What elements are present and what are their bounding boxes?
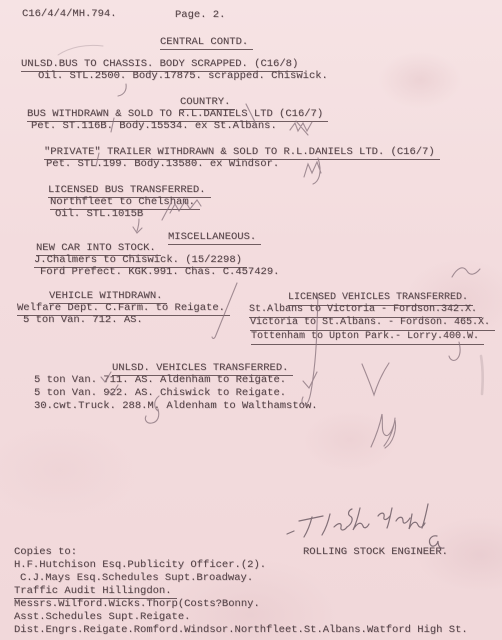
page-number: Page. 2.	[175, 9, 225, 21]
unlsd-bus-detail: Oil. STL.2500. Body.17875. scrapped. Chi…	[38, 70, 328, 82]
bus-withdrawn-detail: Pet. ST.116B. Body.15534. ex St.Albans.	[31, 120, 277, 132]
pencil-loop-scribble-icon	[371, 414, 396, 448]
pencil-scribble-windsor-icon	[304, 158, 321, 184]
unlsd-vehicles-row: 5 ton Van. 922. AS. Chiswick to Reigate.	[34, 387, 286, 399]
vehicle-withdrawn-detail: 5 ton Van. 712. AS.	[23, 314, 143, 326]
pencil-corner-curl-icon	[452, 268, 480, 277]
licensed-vehicles-row: Victoria to St.Albans. - Fordson. 465.X.	[250, 317, 495, 331]
copies-row: C.J.Mays Esq.Schedules Supt.Broadway.	[20, 572, 253, 584]
doc-reference: C16/4/4/MH.794.	[22, 8, 117, 20]
licensed-bus-detail: Oil. STL.1015B	[55, 208, 143, 220]
memo-page: C16/4/4/MH.794. Page. 2. CENTRAL CONTD. …	[0, 0, 502, 640]
section-central-heading: CENTRAL CONTD.	[160, 36, 253, 50]
section-misc-heading: MISCELLANEOUS.	[168, 231, 261, 245]
pencil-faint-curve-icon	[58, 45, 103, 55]
copies-row: Dist.Engrs.Reigate.Romford.Windsor.North…	[14, 624, 468, 636]
copies-row: Asst.Schedules Supt.Reigate.	[14, 611, 190, 623]
pencil-smudge-icon	[481, 356, 483, 394]
signature-title: ROLLING STOCK ENGINEER.	[303, 546, 448, 558]
pencil-scribble-stalbans-icon	[290, 121, 312, 135]
unlsd-vehicles-row: 5 ton Van. 711. AS. Aldenham to Reigate.	[34, 374, 286, 386]
copies-row: Messrs.Wilford.Wicks.Thorp(Costs?Bonny.	[14, 598, 260, 610]
copies-row: H.F.Hutchison Esq.Publicity Officer.(2).	[14, 559, 266, 571]
pencil-arrow-down-icon	[133, 219, 142, 233]
licensed-vehicles-row: St.Albans to Victoria - Fordson.342.X.	[249, 304, 482, 318]
pencil-vee-check-icon	[362, 363, 389, 395]
unlsd-vehicles-row: 30.cwt.Truck. 288.M. Aldenham to Waltham…	[34, 400, 318, 412]
private-trailer-detail: Pet. STL.199. Body.13580. ex Windsor.	[46, 158, 279, 170]
pencil-check-right-icon	[303, 372, 317, 388]
copies-row: Traffic Audit Hillingdon.	[14, 585, 177, 599]
licensed-vehicles-row: Tottenham to Upton Park.- Lorry.400.W.	[251, 331, 484, 345]
new-car-detail: Ford Prefect. KGK.991. Chas. C.457429.	[40, 266, 279, 278]
pencil-tick-chiswick-icon	[118, 84, 126, 96]
copies-heading: Copies to:	[14, 546, 77, 558]
handwritten-signature	[287, 504, 444, 548]
